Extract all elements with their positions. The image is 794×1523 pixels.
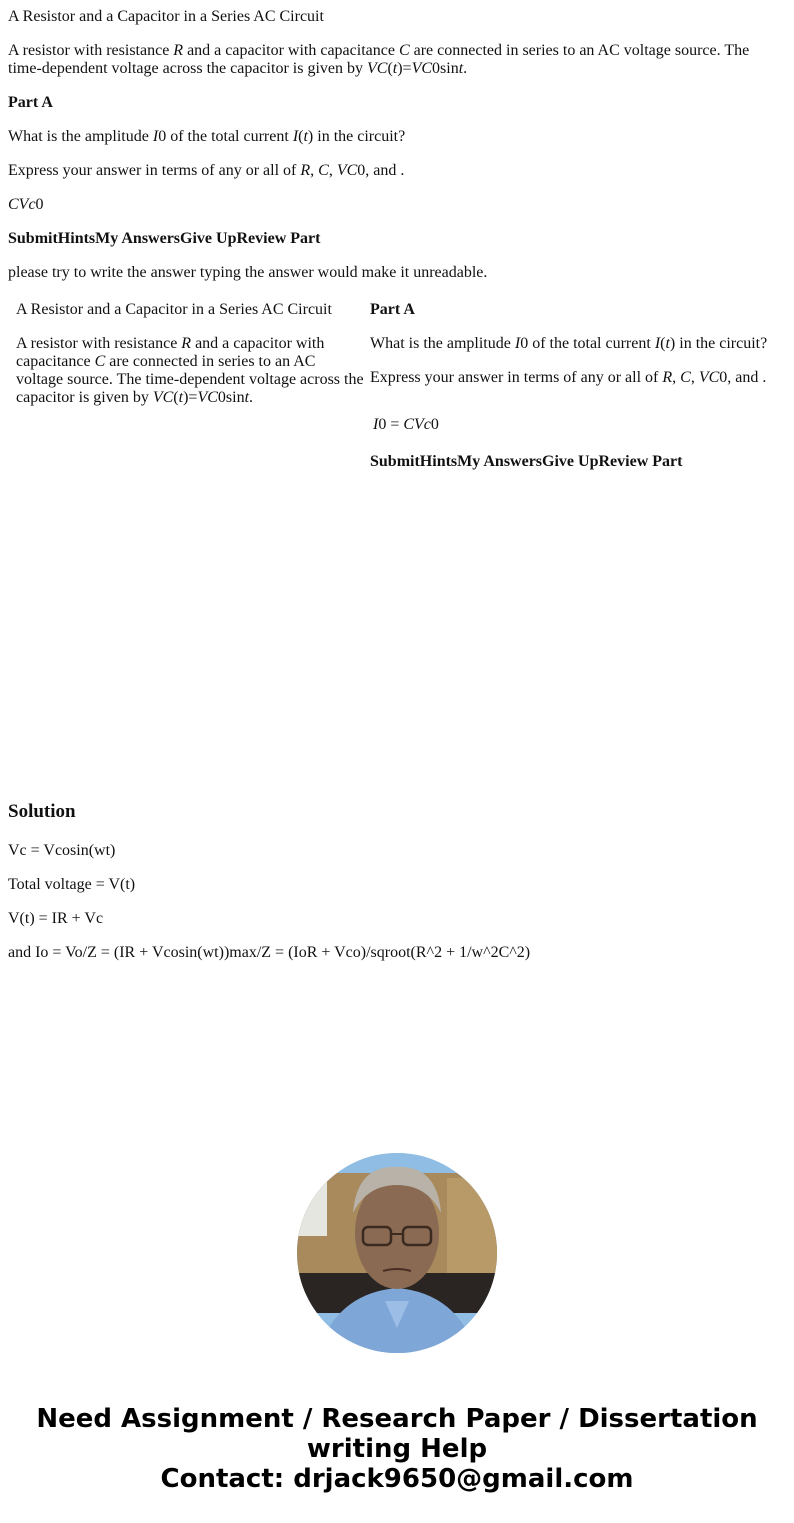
submit-button[interactable]: Submit [8,230,58,247]
hints-button[interactable]: Hints [420,453,457,470]
contact-email: Contact: drjack9650@gmail.com [0,1464,794,1494]
column-express: Express your answer in terms of any or a… [370,369,790,387]
review-part-button[interactable]: Review Part [598,453,682,470]
column-answer: I0 = CVc0 [370,416,790,434]
promo-banner: Need Assignment / Research Paper / Disse… [0,1404,794,1494]
solution-line: Vc = Vcosin(wt) [8,842,115,860]
submit-button[interactable]: Submit [370,453,420,470]
question-intro: A resistor with resistance R and a capac… [8,42,778,78]
column-intro: A resistor with resistance R and a capac… [16,335,366,407]
my-answers-button[interactable]: My Answers [457,453,542,470]
solution-heading: Solution [8,803,76,821]
left-column: A Resistor and a Capacitor in a Series A… [16,301,366,407]
author-avatar [297,1153,497,1353]
user-note: please try to write the answer typing th… [8,264,487,282]
solution-line: V(t) = IR + Vc [8,910,103,928]
question-title: A Resistor and a Capacitor in a Series A… [8,8,324,26]
question-prompt: What is the amplitude I0 of the total cu… [8,128,405,146]
column-title: A Resistor and a Capacitor in a Series A… [16,301,366,319]
express-instruction: Express your answer in terms of any or a… [8,162,404,180]
person-photo-icon [297,1153,497,1353]
my-answers-button[interactable]: My Answers [95,230,180,247]
give-up-button[interactable]: Give Up [180,230,236,247]
solution-line: and Io = Vo/Z = (IR + Vcosin(wt))max/Z =… [8,944,530,962]
review-part-button[interactable]: Review Part [236,230,320,247]
action-bar: SubmitHintsMy AnswersGive UpReview Part [8,230,320,248]
answer-value: CVc0 [8,196,44,214]
part-label: Part A [8,94,53,112]
hints-button[interactable]: Hints [58,230,95,247]
right-column: Part A What is the amplitude I0 of the t… [370,301,790,471]
solution-line: Total voltage = V(t) [8,876,135,894]
give-up-button[interactable]: Give Up [542,453,598,470]
column-action-bar: SubmitHintsMy AnswersGive UpReview Part [370,453,790,471]
column-part-label: Part A [370,301,790,319]
banner-line: writing Help [0,1434,794,1464]
column-prompt: What is the amplitude I0 of the total cu… [370,335,790,353]
banner-line: Need Assignment / Research Paper / Disse… [0,1404,794,1434]
